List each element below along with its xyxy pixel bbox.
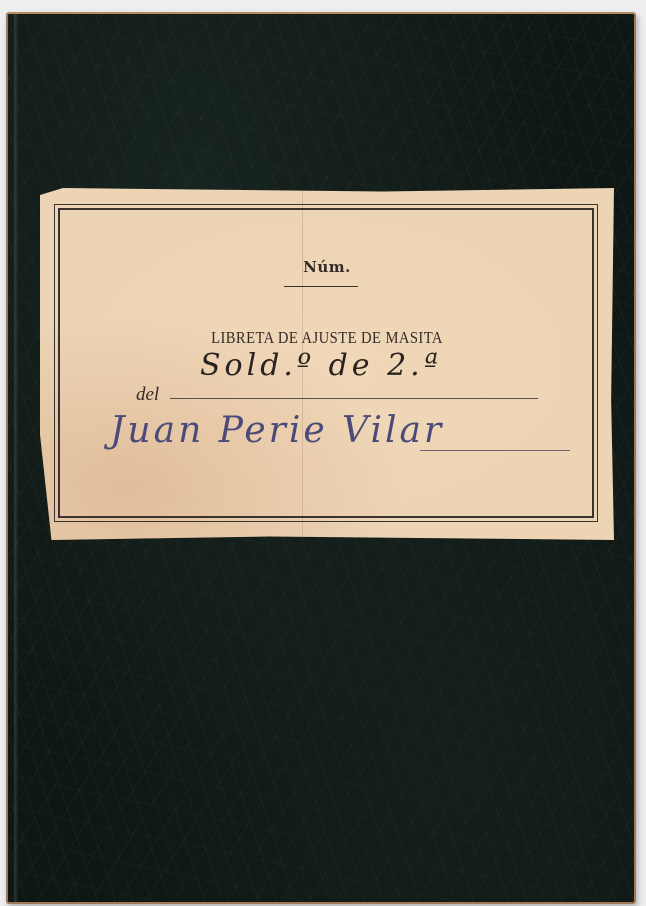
handwritten-rank: Sold.º de 2.ª <box>200 348 442 383</box>
number-heading: Núm. <box>40 258 614 276</box>
rank-blank-line <box>170 398 538 399</box>
label-title: LIBRETA DE AJUSTE DE MASITA <box>80 328 574 348</box>
number-blank-line <box>284 286 358 287</box>
booklet-cover: Núm. LIBRETA DE AJUSTE DE MASITA Sold.º … <box>6 12 636 904</box>
del-prefix: del <box>136 384 159 406</box>
cover-spine-edge <box>14 14 18 902</box>
paper-label: Núm. LIBRETA DE AJUSTE DE MASITA Sold.º … <box>40 188 614 540</box>
handwritten-name: Juan Perie Vilar <box>110 410 444 451</box>
name-underline <box>420 450 570 451</box>
